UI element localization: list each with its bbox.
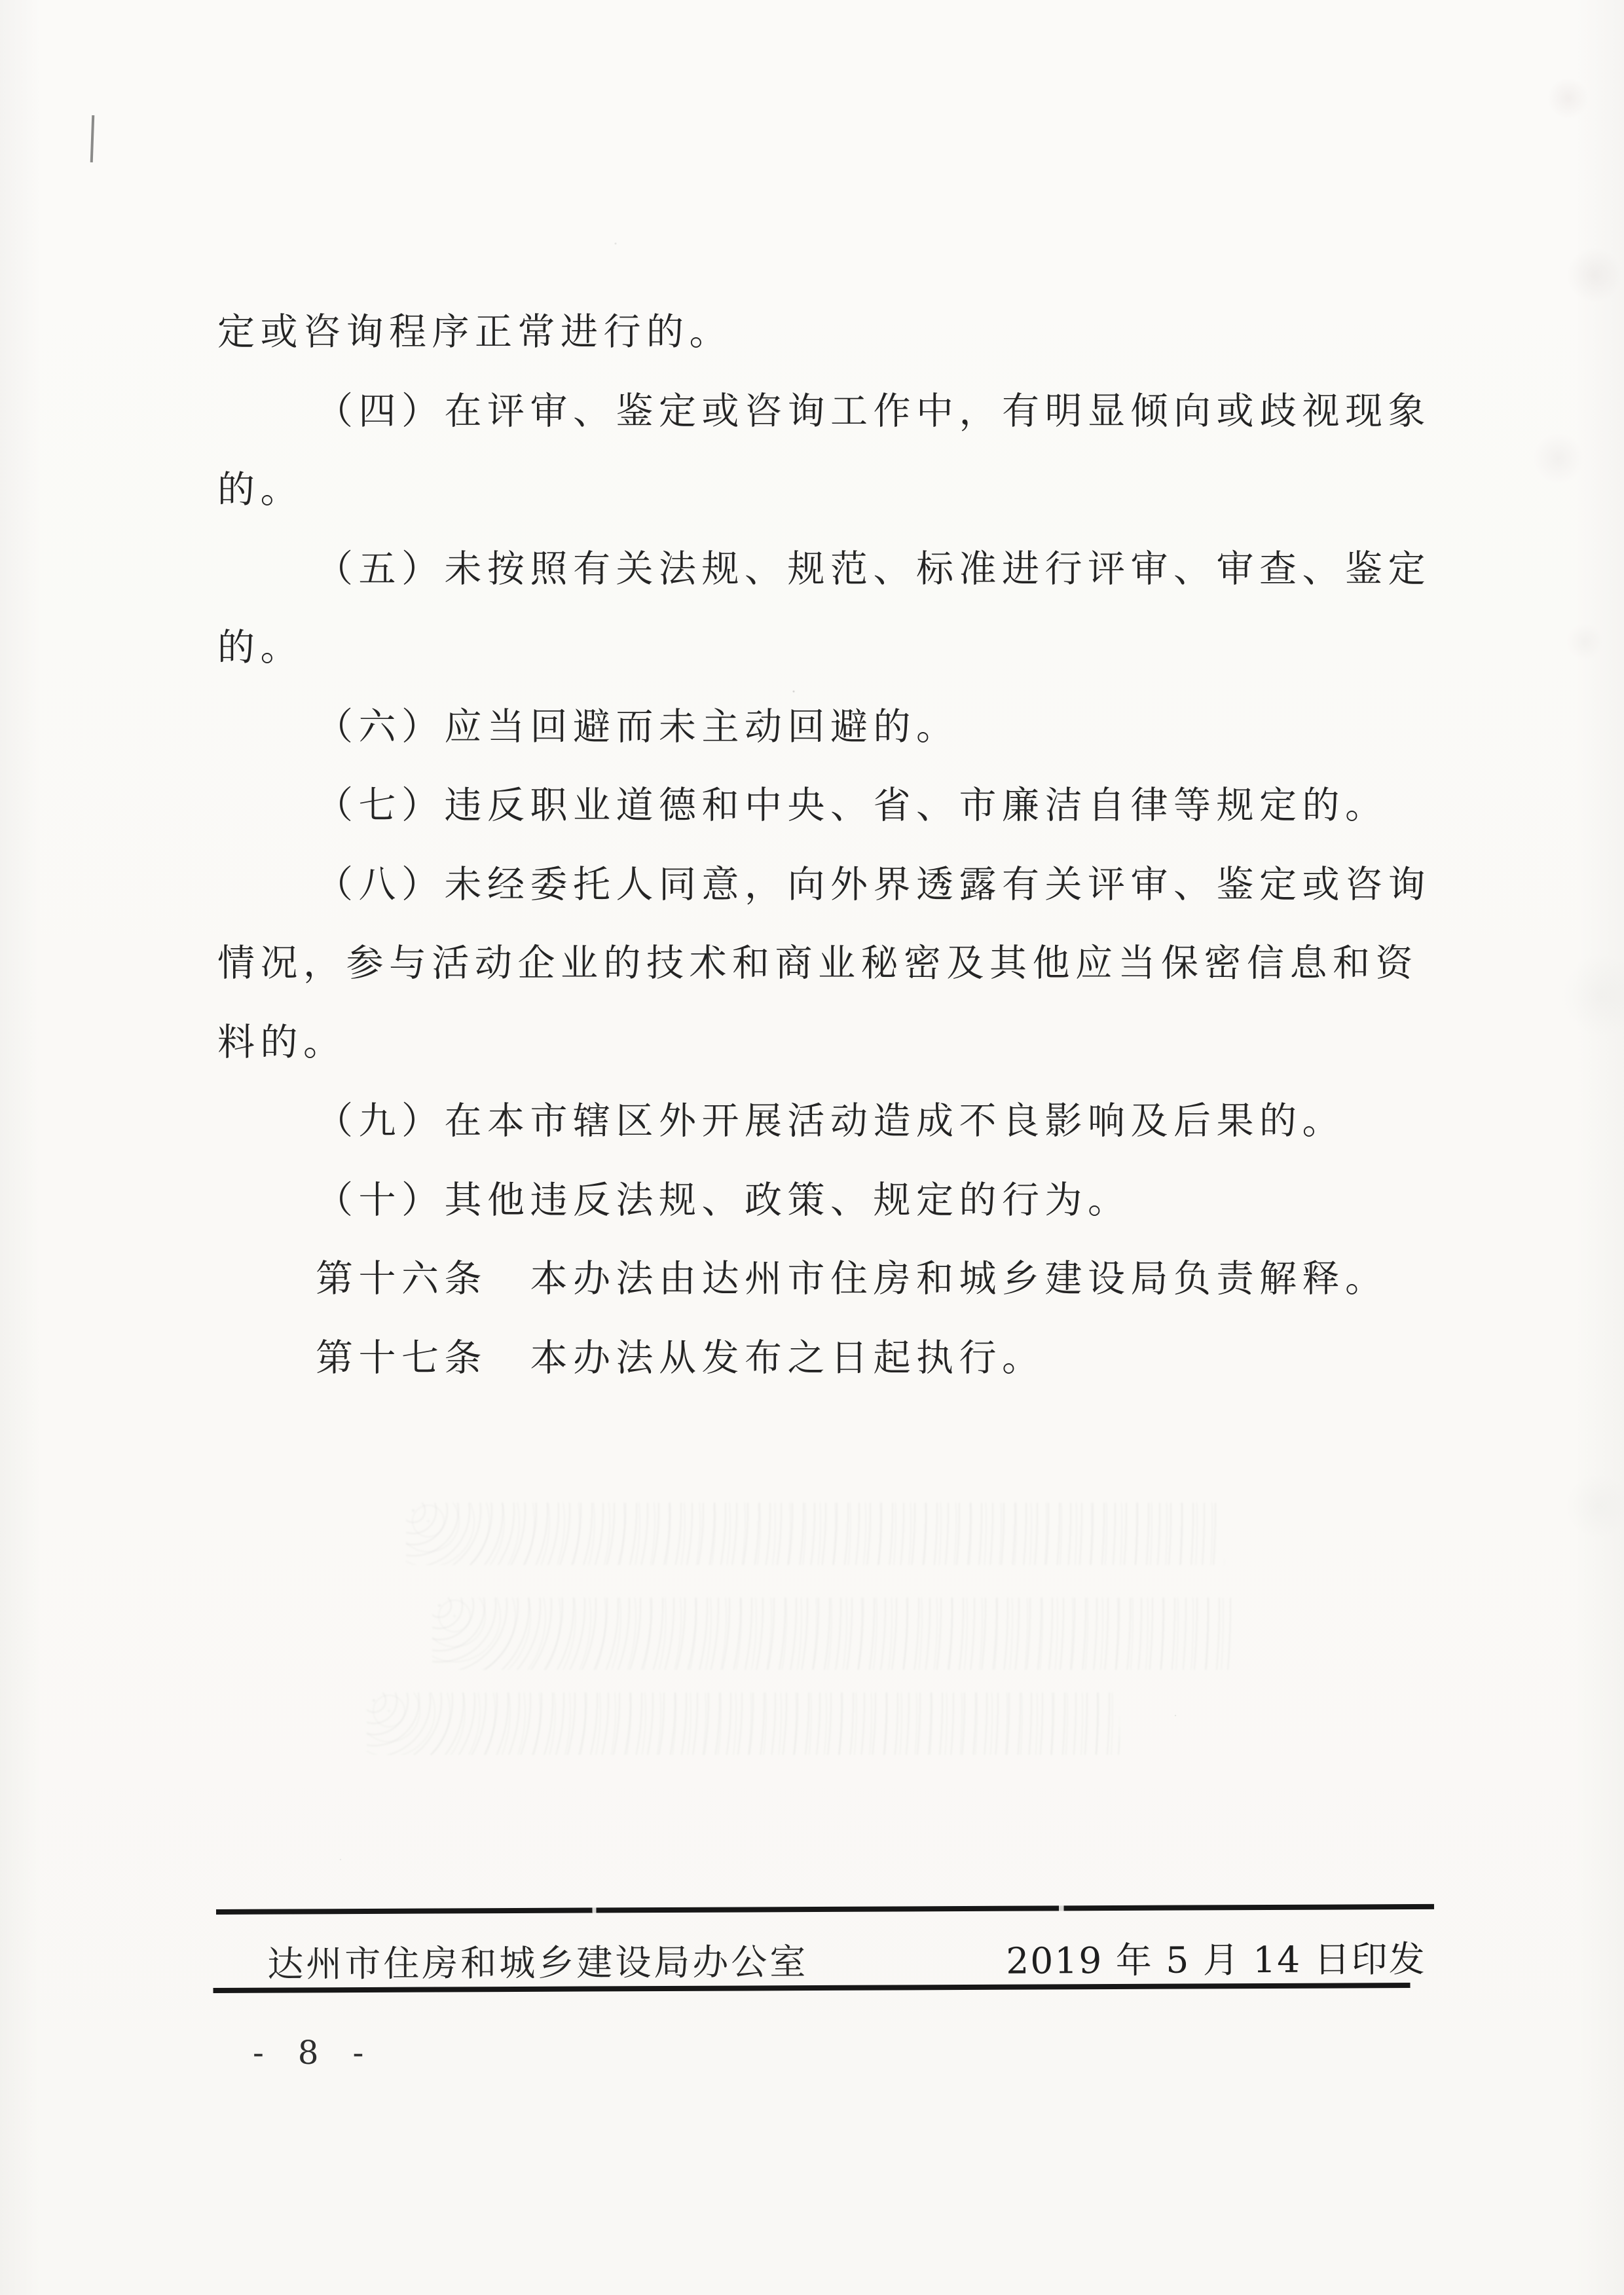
- text-line: 的。: [0, 450, 1624, 530]
- print-date-label: 2019 年 5 月 14 日印发: [1006, 1930, 1426, 1984]
- text-line: （五）未按照有关法规、规范、标准进行评审、审查、鉴定: [0, 530, 1624, 609]
- colophon-row: 达州市住房和城乡建设局办公室 2019 年 5 月 14 日印发: [0, 1930, 1624, 1988]
- text-line: 第十六条 本办法由达州市住房和城乡建设局负责解释。: [0, 1239, 1624, 1319]
- text-line: 定或咨询程序正常进行的。: [0, 293, 1624, 372]
- scanned-document-page: 定或咨询程序正常进行的。 （四）在评审、鉴定或咨询工作中，有明显倾向或歧视现象 …: [0, 0, 1624, 2295]
- text-line: （六）应当回避而未主动回避的。: [0, 688, 1624, 767]
- bleed-through-smudge: [432, 1598, 1231, 1670]
- scan-artifact-speck: [90, 115, 95, 162]
- colophon-top-rule: [216, 1904, 1434, 1915]
- bleed-through-smudge: [367, 1693, 1120, 1755]
- text-line: 的。: [0, 608, 1624, 688]
- text-line: 第十七条 本办法从发布之日起执行。: [0, 1319, 1624, 1398]
- text-line: （八）未经委托人同意，向外界透露有关评审、鉴定或咨询: [0, 845, 1624, 925]
- page-number: - 8 -: [253, 2034, 375, 2072]
- colophon-bottom-rule: [213, 1983, 1411, 1993]
- document-body: 定或咨询程序正常进行的。 （四）在评审、鉴定或咨询工作中，有明显倾向或歧视现象 …: [0, 293, 1624, 1397]
- text-line: （七）违反职业道德和中央、省、市廉洁自律等规定的。: [0, 766, 1624, 845]
- text-line: （十）其他违反法规、政策、规定的行为。: [0, 1161, 1624, 1240]
- bleed-through-smudge: [406, 1503, 1225, 1565]
- text-line: （九）在本市辖区外开展活动造成不良影响及后果的。: [0, 1082, 1624, 1161]
- text-line: 料的。: [0, 1003, 1624, 1082]
- issuing-office-label: 达州市住房和城乡建设局办公室: [267, 1933, 808, 1987]
- text-line: 情况，参与活动企业的技术和商业秘密及其他应当保密信息和资: [0, 924, 1624, 1003]
- text-line: （四）在评审、鉴定或咨询工作中，有明显倾向或歧视现象: [0, 372, 1624, 451]
